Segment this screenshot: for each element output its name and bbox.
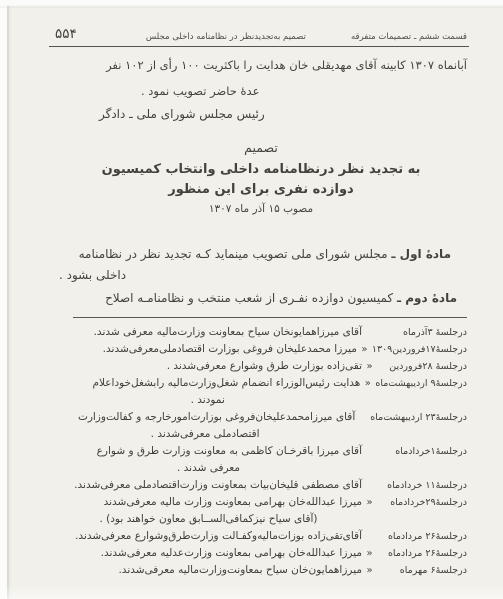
footnote-text-line-2: معرفی شدند . — [55, 460, 362, 477]
section-header: قسمت ششم ـ تصمیمات متفرقه — [351, 32, 467, 42]
footnote-text-line-1: میرزا محمدعلیخان فروغی بوزارت اقتصادملی‌… — [55, 341, 357, 358]
article-1-continuation: داخلی بشود . — [55, 268, 467, 282]
ditto-mark: « — [362, 562, 377, 579]
footnote-entry: درجلسهٔ۲۶ مردادماه آقای‌تقی‌زاده بوزات‌م… — [55, 528, 467, 545]
footnote-text-line-2: (آقای سیاح نیزکمافی‌الســابق معاون خواهن… — [55, 511, 362, 528]
intro-line-1: آبانماه ۱۳۰۷ کابینه آقای مهدیقلی خان هدا… — [55, 58, 467, 72]
scanned-document-page: { "page": { "paper_color": "#f2f0ea", "i… — [0, 0, 503, 599]
footnote-text: میرزا عبدالله‌خان بهرامی بمعاونت وزارت م… — [55, 494, 362, 528]
footnote-date: درجلسهٔ۲۶ مردادماه — [377, 528, 467, 545]
footnote-text-line-1: آقای میرزامحمدعلیخان‌فروغی بوزارت‌امورخا… — [55, 409, 355, 426]
footnote-text: آقای مصطفی قلیخان‌بیات بمعاونت وزارت‌اقت… — [55, 477, 362, 494]
footnote-entry: درجلسهٔ۱۷فروردین۱۳۰۹ « میرزا محمدعلیخان … — [55, 341, 467, 358]
footnote-entry: درجلسهٔ ۳آذرماه آقای میرزاهمایونخان سیاح… — [55, 324, 467, 341]
footnote-date: درجلسهٔ۶ مهرماه — [377, 562, 467, 579]
article-2-label: مادهٔ دوم ـ — [397, 291, 457, 305]
page-number: ۵۵۴ — [55, 26, 77, 42]
footnote-text-line-1: تقی‌زاده بوزارت طرق وشوارع معرفی‌شدند . — [55, 358, 362, 375]
footnote-date: درجلسهٔ ۳آذرماه — [377, 324, 467, 341]
footnote-entry: درجلسهٔ۹ اردیبهشت‌ماه « هدایت رئیس‌الوزر… — [55, 375, 467, 409]
footnote-text: میرزاهمایون‌خان سیاح بمعاونت‌وزارت‌مالیه… — [55, 562, 362, 579]
article-1-line-1: مادهٔ اول ـ مجلس شورای ملی تصویب مینماید… — [55, 247, 467, 261]
ditto-mark: « — [362, 545, 377, 562]
footnotes-block: درجلسهٔ ۳آذرماه آقای میرزاهمایونخان سیاح… — [55, 324, 467, 579]
ditto-mark: « — [362, 494, 377, 511]
footnote-date: درجلسهٔ ۲۸فروردین — [377, 358, 467, 375]
footnote-date: درجلسهٔ۲۶ مردادماه — [377, 545, 467, 562]
footnote-date: درجلسهٔ۱خردادماه — [377, 443, 467, 460]
footnote-date: درجلسهٔ۲۳ اردیبهشت‌ماه — [370, 409, 467, 426]
footnote-entry: درجلسهٔ ۲۸فروردین « تقی‌زاده بوزارت طرق … — [55, 358, 467, 375]
footnote-entry: درجلسهٔ۲۹خردادماه « میرزا عبدالله‌خان به… — [55, 494, 467, 528]
intro-line-2: عدهٔ حاضر تصویب نمود . — [55, 84, 467, 98]
footnote-text: آقای میرزاهمایونخان سیاح بمعاونت وزارت‌م… — [55, 324, 362, 341]
footnote-entry: درجلسهٔ۱۱ خردادماه آقای مصطفی قلیخان‌بیا… — [55, 477, 467, 494]
footnote-entry: درجلسهٔ۱خردادماه آقای میرزا باقرخـان کاظ… — [55, 443, 467, 477]
footnote-text-line-1: هدایت رئیس‌الوزراء انضمام شغل‌وزارت‌مالی… — [55, 375, 360, 392]
ditto-mark: « — [357, 341, 372, 358]
footnote-text-line-2: اقتصادملی معرفی‌شدند . — [55, 426, 355, 443]
page-header: قسمت ششم ـ تصمیمات متفرقه تصمیم به‌تجدید… — [55, 26, 467, 42]
footnote-text: میرزا عبدالله‌خان بهرامی بمعاونت وزارت‌ع… — [55, 545, 362, 562]
decision-label: تصمیم — [55, 140, 467, 155]
footnote-date: درجلسهٔ۱۷فروردین۱۳۰۹ — [372, 341, 467, 358]
ditto-mark: « — [362, 358, 377, 375]
footnote-text-line-1: آقای میرزاهمایونخان سیاح بمعاونت وزارت‌م… — [55, 324, 362, 341]
footnote-text-line-1: میرزا عبدالله‌خان بهرامی بمعاونت وزارت‌ع… — [55, 545, 362, 562]
footnote-text: آقای میرزا باقرخـان کاظمی به معاونت وزار… — [55, 443, 362, 477]
footnote-entry: درجلسهٔ۲۳ اردیبهشت‌ماه آقای میرزامحمدعلی… — [55, 409, 467, 443]
article-2-text: کمیسیون دوازده نفـری از شعب منتخب و نظام… — [105, 291, 397, 305]
ditto-mark: « — [360, 375, 375, 392]
footnote-text-line-1: آقای‌تقی‌زاده بوزات‌مالیه‌وکفـالت وزارت‌… — [55, 528, 362, 545]
decision-title-line-2: دوازده نفری برای این منظور — [55, 182, 467, 197]
footnote-text-line-2: نمودند . — [55, 392, 360, 409]
article-1-text: مجلس شورای ملی تصویب مینماید کـه تجدید ن… — [79, 247, 392, 261]
footnote-date: درجلسهٔ۱۱ خردادماه — [377, 477, 467, 494]
footnote-text: میرزا محمدعلیخان فروغی بوزارت اقتصادملی‌… — [55, 341, 357, 358]
footnote-text: هدایت رئیس‌الوزراء انضمام شغل‌وزارت‌مالی… — [55, 375, 360, 409]
scan-left-edge-shadow — [0, 0, 12, 599]
footnote-text-line-1: آقای مصطفی قلیخان‌بیات بمعاونت وزارت‌اقت… — [55, 477, 362, 494]
footnote-text: آقای‌تقی‌زاده بوزات‌مالیه‌وکفـالت وزارت‌… — [55, 528, 362, 545]
running-title: تصمیم به‌تجدیدنظر در نظامنامه داخلی مجلس — [146, 32, 306, 42]
decision-title-line-1: به تجدید نظر درنظامنامه داخلی وانتخاب کم… — [55, 162, 467, 177]
scan-top-edge-shadow — [0, 0, 503, 9]
approval-date: مصوب ۱۵ آذر ماه ۱۳۰۷ — [55, 203, 467, 215]
scan-bottom-fade — [0, 585, 503, 599]
article-1-label: مادهٔ اول ـ — [391, 247, 451, 261]
footnote-text: تقی‌زاده بوزارت طرق وشوارع معرفی‌شدند . — [55, 358, 362, 375]
footnote-entry: درجلسهٔ۶ مهرماه « میرزاهمایون‌خان سیاح ب… — [55, 562, 467, 579]
footnote-text-line-1: آقای میرزا باقرخـان کاظمی به معاونت وزار… — [55, 443, 362, 460]
footnote-date: درجلسهٔ۲۹خردادماه — [377, 494, 467, 511]
footnote-text-line-1: میرزا عبدالله‌خان بهرامی بمعاونت وزارت م… — [55, 494, 362, 511]
footnote-text-line-1: میرزاهمایون‌خان سیاح بمعاونت‌وزارت‌مالیه… — [55, 562, 362, 579]
signature-line: رئیس مجلس شورای ملی ـ دادگر — [55, 107, 467, 121]
footnote-entry: درجلسهٔ۲۶ مردادماه « میرزا عبدالله‌خان ب… — [55, 545, 467, 562]
article-2-line-1: مادهٔ دوم ـ کمیسیون دوازده نفـری از شعب … — [55, 291, 467, 305]
header-rule — [49, 46, 469, 47]
footnote-divider — [73, 317, 467, 318]
footnote-text: آقای میرزامحمدعلیخان‌فروغی بوزارت‌امورخا… — [55, 409, 355, 443]
footnote-date: درجلسهٔ۹ اردیبهشت‌ماه — [375, 375, 467, 392]
